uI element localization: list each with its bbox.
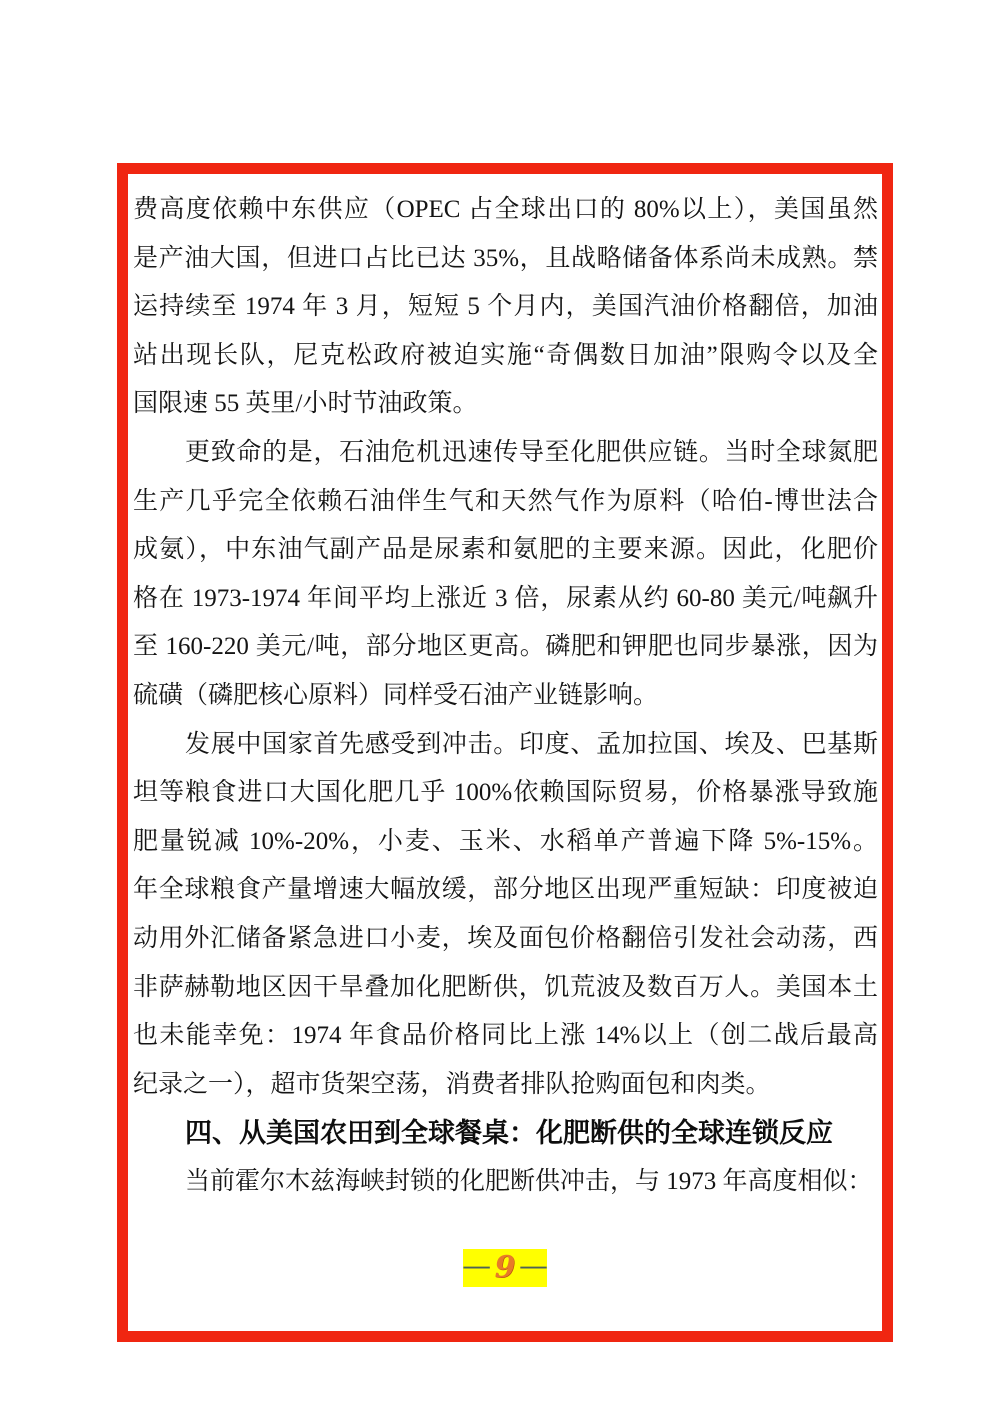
body-text-line: 也未能幸免：1974 年食品价格同比上涨 14%以上（创二战后最高 [133,1012,878,1061]
body-text-line: 生产几乎完全依赖石油伴生气和天然气作为原料（哈伯-博世法合 [133,478,878,527]
body-text-line: 是产油大国，但进口占比已达 35%，且战略储备体系尚未成熟。禁 [133,235,878,284]
body-text-line: 格在 1973-1974 年间平均上涨近 3 倍，尿素从约 60-80 美元/吨… [133,575,878,624]
body-text-line: 至 160-220 美元/吨，部分地区更高。磷肥和钾肥也同步暴涨，因为 [133,623,878,672]
body-text-line: 硫磺（磷肥核心原料）同样受石油产业链影响。 [133,672,878,721]
body-text-line: 当前霍尔木兹海峡封锁的化肥断供冲击，与 1973 年高度相似： [133,1158,878,1207]
page-number: 9 [495,1253,516,1283]
body-text-line: 站出现长队，尼克松政府被迫实施“奇偶数日加油”限购令以及全 [133,332,878,381]
section-heading: 四、从美国农田到全球餐桌：化肥断供的全球连锁反应 [133,1109,878,1158]
body-text-line: 国限速 55 英里/小时节油政策。 [133,380,878,429]
body-text-line: 动用外汇储备紧急进口小麦，埃及面包价格翻倍引发社会动荡，西 [133,915,878,964]
body-text-line: 非萨赫勒地区因干旱叠加化肥断供，饥荒波及数百万人。美国本土 [133,964,878,1013]
body-text-line: 运持续至 1974 年 3 月，短短 5 个月内，美国汽油价格翻倍，加油 [133,283,878,332]
body-text-line: 更致命的是，石油危机迅速传导至化肥供应链。当时全球氮肥 [133,429,878,478]
footer-dash-left: — [464,1253,490,1279]
document-page: 费高度依赖中东供应（OPEC 占全球出口的 80%以上），美国虽然 是产油大国，… [0,0,1000,1414]
footer-dash-right: — [520,1253,546,1279]
body-text-line: 纪录之一），超市货架空荡，消费者排队抢购面包和肉类。 [133,1061,878,1110]
body-text-line: 成氨），中东油气副产品是尿素和氨肥的主要来源。因此，化肥价 [133,526,878,575]
body-text-line: 发展中国家首先感受到冲击。印度、孟加拉国、埃及、巴基斯 [133,721,878,770]
body-text-line: 年全球粮食产量增速大幅放缓，部分地区出现严重短缺：印度被迫 [133,866,878,915]
page-number-footer: — 9 — [463,1249,547,1287]
body-text: 费高度依赖中东供应（OPEC 占全球出口的 80%以上），美国虽然 是产油大国，… [133,186,878,1206]
body-text-line: 坦等粮食进口大国化肥几乎 100%依赖国际贸易，价格暴涨导致施 [133,769,878,818]
body-text-line: 费高度依赖中东供应（OPEC 占全球出口的 80%以上），美国虽然 [133,186,878,235]
body-text-line: 肥量锐减 10%-20%，小麦、玉米、水稻单产普遍下降 5%-15%。1974 [133,818,878,867]
